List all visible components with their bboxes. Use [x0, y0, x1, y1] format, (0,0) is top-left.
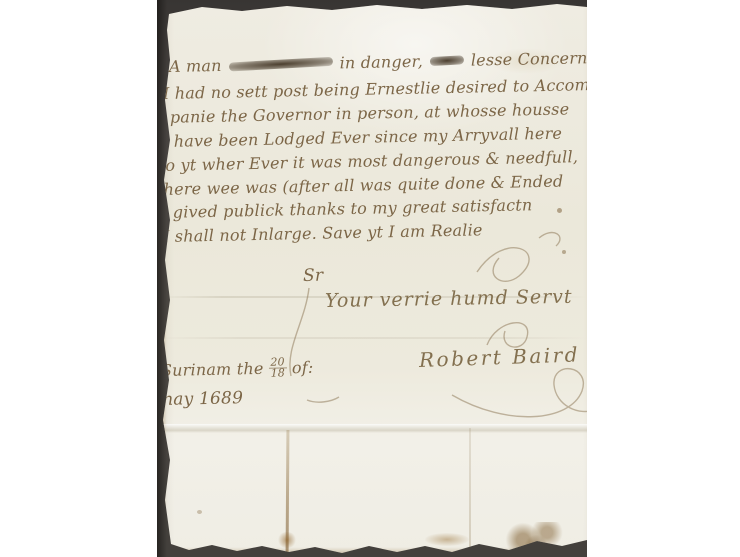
edge-browning	[159, 300, 167, 553]
fold-crease-vertical	[469, 428, 471, 557]
dateline-day-old-style: 18	[269, 368, 288, 378]
letter-paper: A man in danger, lesse Concerned I had n…	[157, 0, 587, 557]
letter-line: so yt wher Ever it was most dangerous & …	[157, 147, 578, 175]
dateline-of: of:	[292, 358, 314, 377]
ink-stain	[505, 522, 565, 552]
salutation: Sr	[303, 266, 324, 286]
ink-stain	[557, 208, 562, 213]
letter-line: I had no sett post being Ernestlie desir…	[163, 75, 587, 103]
letter-line: A man in danger, lesse Concerned	[169, 48, 587, 76]
flourish-dash	[307, 397, 339, 402]
dual-date-fraction: 20 18	[268, 357, 287, 378]
ink-stain	[197, 510, 202, 514]
catalog-page: A man in danger, lesse Concerned I had n…	[0, 0, 740, 557]
letter-text: in danger,	[339, 52, 423, 73]
letter-text: lesse Concerned	[471, 48, 587, 70]
dateline: Surinam the 20 18 of:	[161, 357, 314, 381]
signature-flourish	[452, 369, 587, 417]
dateline-place: Surinam the	[161, 359, 264, 380]
crossed-out-words	[430, 55, 464, 66]
edge-browning	[157, 547, 587, 555]
letter-photo: A man in danger, lesse Concerned I had n…	[157, 0, 587, 557]
letter-line: : panie the Governor in person, at whoss…	[159, 99, 570, 127]
letter-line: I have been Lodged Ever since my Arryval…	[162, 124, 563, 151]
dateline-month-year: may 1689	[157, 388, 243, 410]
signature: Robert Baird	[419, 342, 581, 372]
flourish-curl	[487, 323, 528, 347]
closing-line: Your verrie humd Servt	[325, 286, 573, 312]
ink-stain	[425, 533, 469, 546]
ink-stain	[562, 250, 566, 254]
letter-text: A man	[169, 56, 222, 76]
letter-line: I shall not Inlarge. Save yt I am Realie	[163, 220, 483, 246]
letter-line: I gived publick thanks to my great satis…	[161, 195, 533, 222]
fold-crease-horizontal	[157, 424, 587, 433]
fold-crease-vertical	[286, 430, 290, 557]
crossed-out-words	[228, 57, 332, 72]
flourish-curl	[539, 233, 560, 246]
fold-crease-horizontal	[157, 337, 587, 339]
flourish-curl	[477, 248, 529, 282]
ink-stain	[277, 532, 297, 548]
